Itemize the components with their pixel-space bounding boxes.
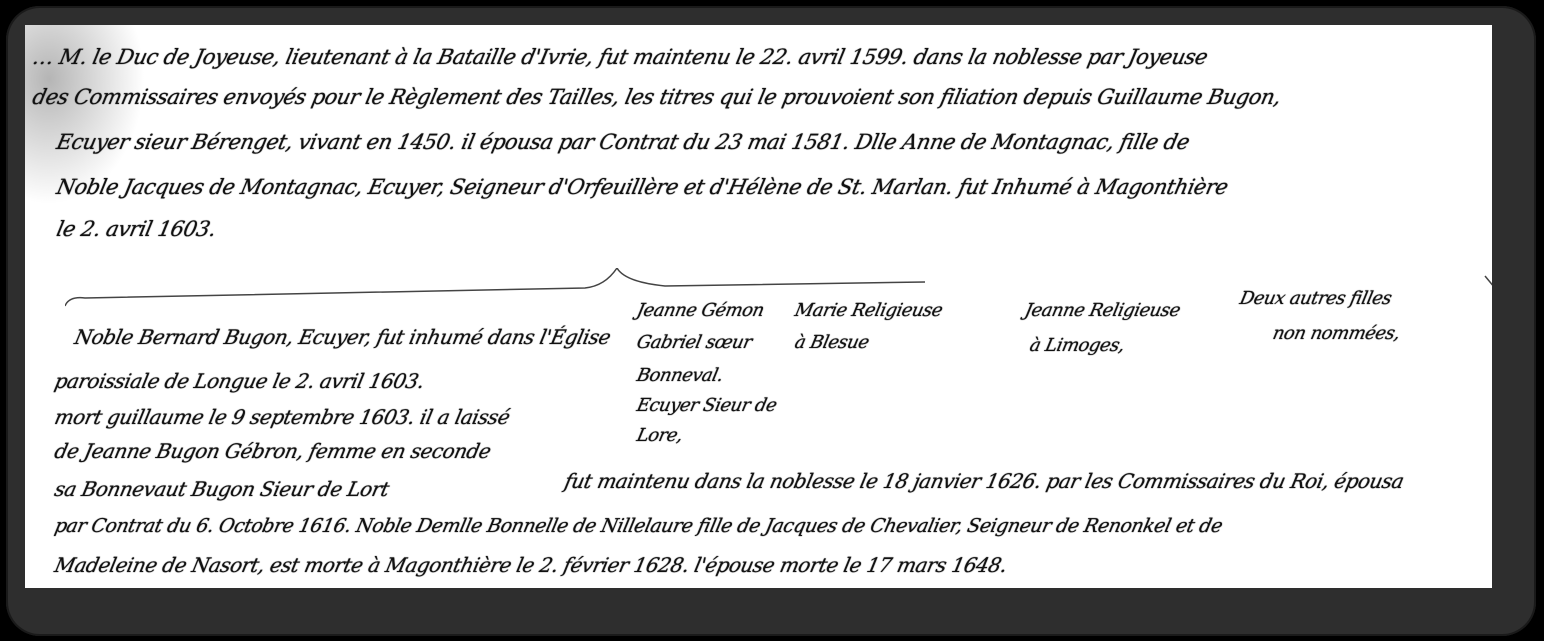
- top-line-3: Ecuyer sieur Bérenget, vivant en 1450. i…: [54, 130, 1191, 154]
- bottom-line-3: Madeleine de Nasort, est morte à Magonth…: [52, 553, 1009, 577]
- child-4-line-1: Jeanne Religieuse: [1023, 300, 1182, 321]
- top-line-4: Noble Jacques de Montagnac, Ecuyer, Seig…: [54, 175, 1230, 199]
- bottom-line-2: par Contrat du 6. Octobre 1616. Noble De…: [53, 515, 1225, 537]
- child-4-line-2: à Limoges,: [1028, 335, 1127, 356]
- child-2-line-1: Jeanne Gémon: [635, 300, 766, 321]
- bottom-line-1: fut maintenu dans la noblesse le 18 janv…: [562, 469, 1406, 493]
- child-5-line-1: Deux autres filles: [1238, 288, 1394, 309]
- top-line-5: le 2. avril 1603.: [54, 217, 218, 241]
- child-1-line-5: sa Bonnevaut Bugon Sieur de Lort: [52, 477, 391, 501]
- child-2-line-4: Ecuyer Sieur de: [635, 395, 779, 416]
- child-5-line-2: non nommées,: [1271, 323, 1402, 344]
- child-1-line-4: de Jeanne Bugon Gébron, femme en seconde: [52, 439, 493, 463]
- child-1-line-3: mort guillaume le 9 septembre 1603. il a…: [52, 405, 511, 429]
- manuscript-page: … M. le Duc de Joyeuse, lieutenant à la …: [25, 25, 1492, 588]
- top-line-1: … M. le Duc de Joyeuse, lieutenant à la …: [30, 45, 1209, 69]
- child-2-line-3: Bonneval.: [635, 365, 725, 386]
- child-1-line-1: Noble Bernard Bugon, Ecuyer, fut inhumé …: [72, 325, 612, 349]
- top-line-2: des Commissaires envoyés pour le Règleme…: [30, 85, 1283, 109]
- child-3-line-1: Marie Religieuse: [793, 300, 944, 321]
- child-2-line-2: Gabriel sœur: [635, 332, 754, 353]
- child-2-line-5: Lore,: [635, 425, 685, 446]
- child-3-line-2: à Blesue: [793, 332, 871, 353]
- child-1-line-2: paroissiale de Longue le 2. avril 1603.: [52, 369, 426, 393]
